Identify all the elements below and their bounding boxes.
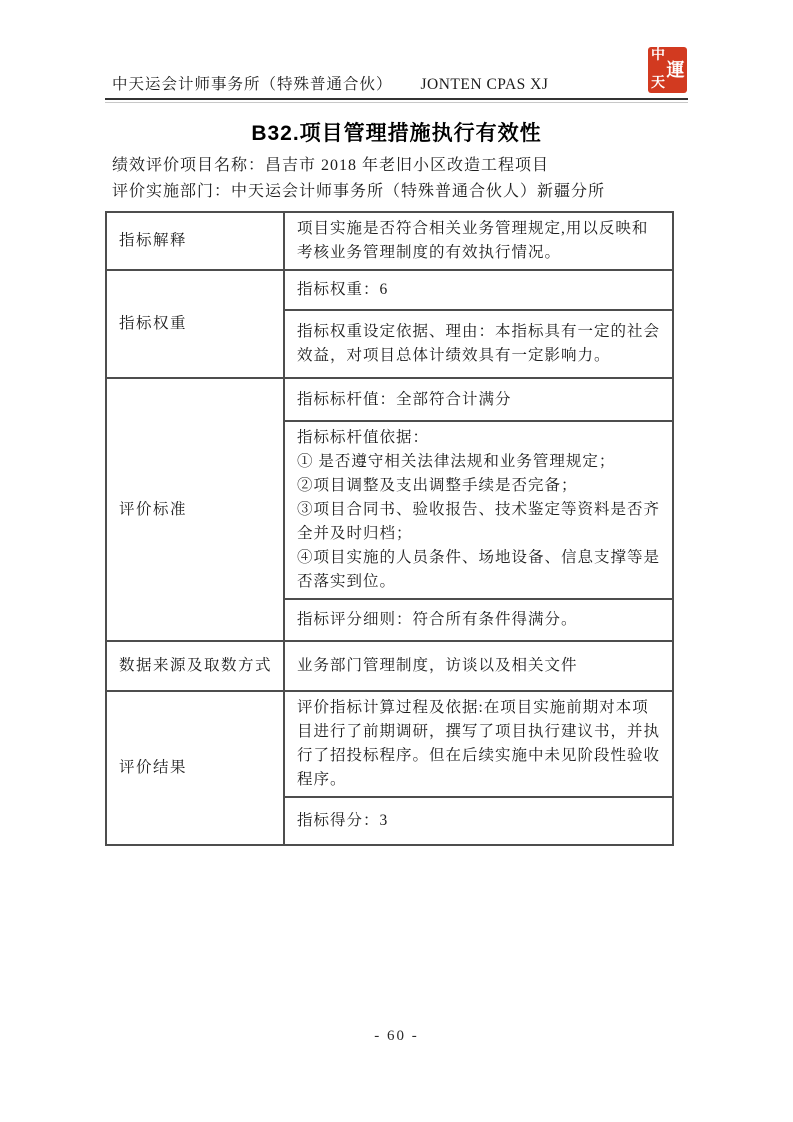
cell-benchmark-basis-list: 指标标杆值依据： ① 是否遵守相关法律法规和业务管理规定； ②项目调整及支出调整… xyxy=(284,421,673,599)
cell-scoring-rules: 指标评分细则：符合所有条件得满分。 xyxy=(284,599,673,641)
firm-name-en: JONTEN CPAS XJ xyxy=(421,76,549,93)
cell-data-source: 业务部门管理制度，访谈以及相关文件 xyxy=(284,641,673,691)
row-label-evaluation-criteria: 评价标准 xyxy=(106,378,284,641)
cell-indicator-weight-basis: 指标权重设定依据、理由：本指标具有一定的社会效益，对项目总体计绩效具有一定影响力… xyxy=(284,310,673,378)
table-row: 数据来源及取数方式 业务部门管理制度，访谈以及相关文件 xyxy=(106,641,673,691)
cell-calculation-process: 评价指标计算过程及依据:在项目实施前期对本项目进行了前期调研，撰写了项目执行建议… xyxy=(284,691,673,797)
indicator-evaluation-table: 指标解释 项目实施是否符合相关业务管理规定,用以反映和考核业务管理制度的有效执行… xyxy=(105,211,674,846)
table-row: 评价标准 指标标杆值：全部符合计满分 xyxy=(106,378,673,421)
page-title: B32.项目管理措施执行有效性 xyxy=(0,117,793,147)
row-label-indicator-weight: 指标权重 xyxy=(106,270,284,378)
row-label-data-source: 数据来源及取数方式 xyxy=(106,641,284,691)
cell-indicator-weight-value: 指标权重：6 xyxy=(284,270,673,310)
evaluation-department-line: 评价实施部门：中天运会计师事务所（特殊普通合伙人）新疆分所 xyxy=(112,178,692,201)
table-row: 指标权重 指标权重：6 xyxy=(106,270,673,310)
row-label-indicator-explanation: 指标解释 xyxy=(106,212,284,270)
table-row: 评价结果 评价指标计算过程及依据:在项目实施前期对本项目进行了前期调研，撰写了项… xyxy=(106,691,673,797)
header-divider-line xyxy=(105,98,688,100)
cell-indicator-score: 指标得分：3 xyxy=(284,797,673,845)
page-number: - 60 - xyxy=(0,1028,793,1045)
project-name-line: 绩效评价项目名称：昌吉市 2018 年老旧小区改造工程项目 xyxy=(112,152,692,175)
document-page: 中天运会计师事务所（特殊普通合伙）JONTEN CPAS XJ 中 天 運 B3… xyxy=(0,0,793,1122)
seal-char-right: 運 xyxy=(667,61,685,79)
cell-indicator-explanation: 项目实施是否符合相关业务管理规定,用以反映和考核业务管理制度的有效执行情况。 xyxy=(284,212,673,270)
firm-name-cn: 中天运会计师事务所（特殊普通合伙） xyxy=(112,76,393,93)
seal-char-top: 中 xyxy=(650,49,666,63)
seal-char-bottom: 天 xyxy=(650,77,666,91)
table-row: 指标解释 项目实施是否符合相关业务管理规定,用以反映和考核业务管理制度的有效执行… xyxy=(106,212,673,270)
seal-right-column: 運 xyxy=(666,49,685,91)
document-header: 中天运会计师事务所（特殊普通合伙）JONTEN CPAS XJ xyxy=(112,72,688,94)
seal-left-column: 中 天 xyxy=(650,49,666,91)
header-divider-shadow xyxy=(105,102,688,103)
row-label-evaluation-result: 评价结果 xyxy=(106,691,284,845)
cell-benchmark-value: 指标标杆值：全部符合计满分 xyxy=(284,378,673,421)
company-seal-logo: 中 天 運 xyxy=(648,47,687,93)
